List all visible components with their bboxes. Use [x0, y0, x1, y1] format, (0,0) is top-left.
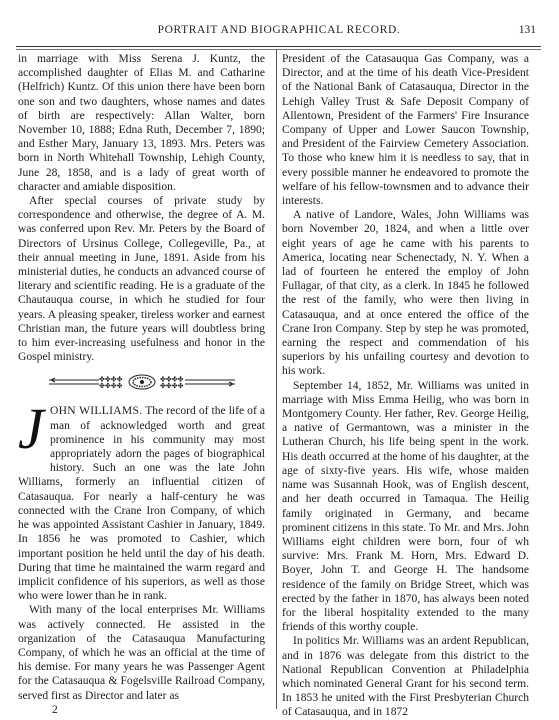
- running-header: PORTRAIT AND BIOGRAPHICAL RECORD. 131: [18, 20, 540, 40]
- column-divider: [276, 49, 277, 709]
- biography-subject-name: OHN WILLIAMS.: [50, 405, 142, 417]
- paragraph-williams-offices: President of the Catasauqua Gas Company,…: [282, 52, 529, 208]
- drop-cap: J: [18, 406, 46, 462]
- svg-text:✤✤✤✤: ✤✤✤✤: [99, 382, 123, 390]
- printer-signature-mark: 2: [52, 704, 58, 716]
- right-column: President of the Catasauqua Gas Company,…: [282, 52, 529, 720]
- paragraph-williams-enterprises: With many of the local enterprises Mr. W…: [18, 603, 265, 702]
- header-rule-secondary: [16, 49, 541, 50]
- paragraph-williams-politics: In politics Mr. Williams was an ardent R…: [282, 634, 529, 719]
- biography-john-williams: J OHN WILLIAMS. The record of the life o…: [18, 404, 265, 603]
- paragraph-peters-degree: After special courses of private study b…: [18, 194, 265, 364]
- paragraph-williams-marriage: September 14, 1852, Mr. Williams was uni…: [282, 379, 529, 635]
- decorative-divider-icon: ✤✤✤✤ ✤✤✤✤ ✤✤✤✤ ✤✤✤✤: [47, 374, 237, 390]
- left-column: in marriage with Miss Serena J. Kuntz, t…: [18, 52, 265, 703]
- header-rule: [16, 46, 541, 47]
- paragraph-williams-intro: The record of the life of a man of ackno…: [18, 405, 265, 602]
- paragraph-williams-early-life: A native of Landore, Wales, John William…: [282, 208, 529, 378]
- book-page: PORTRAIT AND BIOGRAPHICAL RECORD. 131 in…: [0, 0, 559, 720]
- page-number: 131: [519, 24, 536, 36]
- svg-text:✤✤✤✤: ✤✤✤✤: [160, 382, 184, 390]
- running-header-title: PORTRAIT AND BIOGRAPHICAL RECORD.: [18, 24, 540, 36]
- paragraph-peters-family: in marriage with Miss Serena J. Kuntz, t…: [18, 52, 265, 194]
